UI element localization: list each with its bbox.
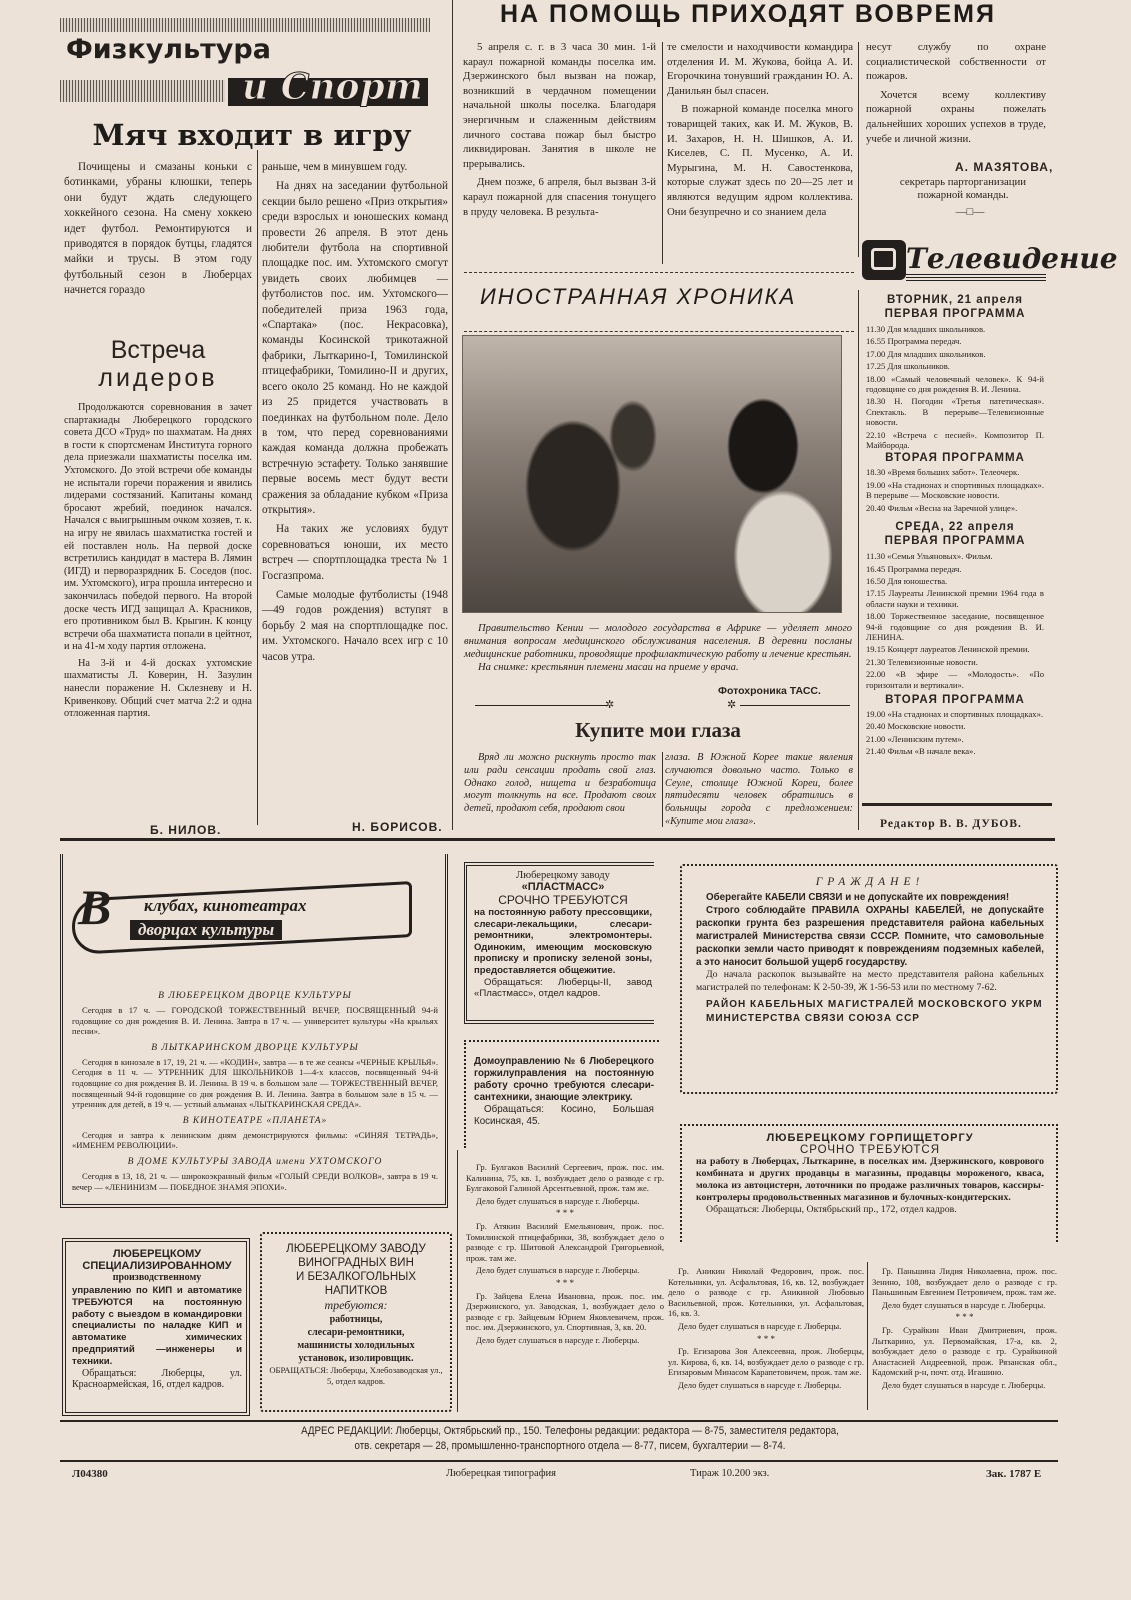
article-title-leaders: Встреча лидеров — [64, 336, 252, 392]
eyes-article-title: Купите мои глаза — [464, 718, 852, 743]
author-nilov: Б. НИЛОВ. — [150, 823, 221, 837]
paragraph: Почищены и смазаны коньки с ботинками, у… — [64, 160, 252, 299]
venue-text: Сегодня в кинозале в 17, 19, 21 ч. — «КО… — [72, 1057, 438, 1110]
notice-court: Дело будет слушаться в нарсуде г. Люберц… — [872, 1300, 1057, 1311]
ad-line: НАПИТКОВ — [268, 1284, 444, 1298]
ad-contact: Обращаться: Люберцы, Октябрьский пр., 17… — [696, 1204, 1044, 1216]
tv-program-heading: ВТОРАЯ ПРОГРАММА — [866, 694, 1044, 706]
sport-header-script: и Спорт — [242, 66, 423, 108]
clubs-header: В клубах, кинотеатрах дворцах культуры — [72, 870, 412, 960]
ad-job: слесари-ремонтники, — [268, 1326, 444, 1339]
tv-item: 19.15 Концерт лауреатов Ленинской премии… — [866, 644, 1044, 654]
tv-item: 18.30 «Время больших забот». Телеочерк. — [866, 467, 1044, 477]
tv-item: 18.00 Торжественное заседание, посвященн… — [866, 611, 1044, 642]
tv-item: 21.00 «Ленинским путем». — [866, 734, 1044, 744]
ad-title: ГРАЖДАНЕ! — [696, 876, 1044, 888]
ad-paragraph: Оберегайте КАБЕЛИ СВЯЗИ и не допускайте … — [696, 891, 1044, 904]
eyes-col1: Вряд ли можно рискнуть просто так или ра… — [464, 752, 656, 820]
author-borisov: Н. БОРИСОВ. — [352, 820, 443, 834]
paragraph: глаза. В Южной Корее такие явления случа… — [665, 752, 853, 829]
title-line: Встреча — [64, 336, 252, 364]
notice-court: Дело будет слушаться в нарсуде г. Люберц… — [668, 1321, 864, 1332]
divorce-notices-col2: Гр. Аникин Николай Федорович, прож. пос.… — [668, 1266, 864, 1393]
ad-contact: ОБРАЩАТЬСЯ: Люберцы, Хлебозаводская ул.,… — [268, 1365, 444, 1387]
notice-text: Гр. Булгаков Василий Сергеевич, прож. по… — [466, 1162, 664, 1194]
tv-bottom-rule — [862, 803, 1052, 806]
ornament-rule — [475, 705, 607, 706]
column-divider — [452, 0, 453, 830]
circulation: Тираж 10.200 экз. — [690, 1468, 769, 1479]
tv-item: 18.30 Н. Погодин «Третья патетическая». … — [866, 396, 1044, 427]
cables-ad: ГРАЖДАНЕ! Оберегайте КАБЕЛИ СВЯЗИ и не д… — [696, 876, 1044, 1026]
venue-text: Сегодня в 13, 18, 21 ч. — широкоэкранный… — [72, 1171, 438, 1192]
tv-item: 16.45 Программа передач. — [866, 564, 1044, 574]
clubs-header-letter: В — [78, 878, 111, 936]
paragraph: Днем позже, 6 апреля, был вызван 3-й кар… — [463, 175, 656, 219]
tv-item: 17.00 Для младших школьников. — [866, 349, 1044, 359]
winery-ad: ЛЮБЕРЕЦКОМУ ЗАВОДУ ВИНОГРАДНЫХ ВИН И БЕЗ… — [268, 1242, 444, 1387]
notice-text: Гр. Сурайкин Иван Дмитриевич, прож. Лытк… — [872, 1325, 1057, 1378]
ornament-rule — [740, 705, 850, 706]
tv-header-lines — [906, 274, 1046, 282]
ad-subtitle: СРОЧНО ТРЕБУЮТСЯ — [696, 1144, 1044, 1156]
tv-item: 16.55 Программа передач. — [866, 336, 1044, 346]
fire-col3: несут службу по охране социалистической … — [866, 40, 1046, 150]
article-title-ball: Мяч входит в игру — [62, 118, 442, 152]
publication-code: Л04380 — [72, 1468, 108, 1480]
editor-credit: Редактор В. В. ДУБОВ. — [880, 818, 1022, 830]
clubs-header-line2: дворцах культуры — [130, 920, 282, 940]
tv-day-heading: ВТОРНИК, 21 апреля — [866, 294, 1044, 306]
ad-signature: РАЙОН КАБЕЛЬНЫХ МАГИСТРАЛЕЙ МОСКОВСКОГО … — [696, 998, 1044, 1026]
venue-title: В ЛЫТКАРИНСКОМ ДВОРЦЕ КУЛЬТУРЫ — [72, 1043, 438, 1053]
printer-name: Люберецкая типография — [446, 1468, 556, 1479]
tv-schedule: ВТОРНИК, 21 апреля ПЕРВАЯ ПРОГРАММА 11.3… — [866, 294, 1044, 759]
section-divider — [60, 838, 1055, 841]
kip-ad: ЛЮБЕРЕЦКОМУ СПЕЦИАЛИЗИРОВАННОМУ производ… — [72, 1248, 242, 1391]
order-number: Зак. 1787 Е — [986, 1468, 1041, 1480]
notice-court: Дело будет слушаться в нарсуде г. Люберц… — [466, 1335, 664, 1346]
caption-paragraph: На снимке: крестьянин племени масаи на п… — [464, 661, 852, 674]
article-leaders-body: Продолжаются соревнования в зачет спарта… — [64, 402, 252, 725]
fire-col1: 5 апреля с. г. в 3 часа 30 мин. 1-й кара… — [463, 40, 656, 223]
sport-section-header: Физкультура и Спорт — [60, 18, 430, 98]
ad-job: работницы, — [268, 1313, 444, 1326]
footer-rule-bottom — [60, 1460, 1058, 1462]
ad-line: СПЕЦИАЛИЗИРОВАННОМУ — [72, 1260, 242, 1272]
tv-day-heading: СРЕДА, 22 апреля — [866, 521, 1044, 533]
star-ornament-icon: ✲ — [727, 698, 736, 711]
column-divider — [662, 752, 663, 827]
ad-line: ЛЮБЕРЕЦКОМУ — [72, 1248, 242, 1260]
clubs-header-line1: клубах, кинотеатрах — [144, 896, 307, 916]
ad-body: на постоянную работу прессовщики, слесар… — [474, 907, 652, 977]
venue-title: В КИНОТЕАТРЕ «ПЛАНЕТА» — [72, 1116, 438, 1126]
tv-item: 22.10 «Встреча с песней». Композитор П. … — [866, 430, 1044, 451]
tv-set-icon — [862, 240, 906, 280]
housing-ad: Домоуправлению № 6 Люберецкого горжилупр… — [474, 1056, 654, 1128]
tv-program-heading: ВТОРАЯ ПРОГРАММА — [866, 452, 1044, 464]
end-mark: —□— — [940, 206, 1000, 218]
fire-article-title: НА ПОМОЩЬ ПРИХОДЯТ ВОВРЕМЯ — [500, 0, 996, 29]
paragraph: Самые молодые футболисты (1948—49 годов … — [262, 588, 448, 665]
ad-body: на работу в Люберцах, Лыткарине, в посел… — [696, 1156, 1044, 1204]
address-line: отв. секретаря — 28, промышленно-транспо… — [193, 1439, 947, 1454]
column-divider — [257, 150, 258, 825]
gorpishchetorg-ad: ЛЮБЕРЕЦКОМУ ГОРПИЩЕТОРГУ СРОЧНО ТРЕБУЮТС… — [696, 1132, 1044, 1216]
header-band-top — [60, 18, 430, 32]
fire-col2: те смелости и находчивости командира отд… — [667, 40, 853, 223]
ad-body: Домоуправлению № 6 Люберецкого горжилупр… — [474, 1056, 654, 1104]
author-mazyatova: А. МАЗЯТОВА, — [955, 160, 1053, 174]
ad-line: Люберецкому заводу — [474, 870, 652, 881]
caption-paragraph: Правительство Кении — молодого государст… — [464, 622, 852, 661]
photo-kenya-doctor — [462, 335, 842, 613]
ad-paragraph: До начала раскопок вызывайте на место пр… — [696, 969, 1044, 994]
notice-court: Дело будет слушаться в нарсуде г. Люберц… — [668, 1380, 864, 1391]
sport-header-word: Физкультура — [66, 34, 271, 65]
photo-credit: Фотохроника ТАСС. — [718, 685, 821, 697]
tv-item: 17.25 Для школьников. — [866, 361, 1044, 371]
venue-title: В ЛЮБЕРЕЦКОМ ДВОРЦЕ КУЛЬТУРЫ — [72, 991, 438, 1001]
paragraph: На таких же условиях будут соревноваться… — [262, 522, 448, 584]
eyes-col2: глаза. В Южной Корее такие явления случа… — [665, 752, 853, 833]
paragraph: несут службу по охране социалистической … — [866, 40, 1046, 84]
header-band-bottom — [60, 80, 225, 102]
paragraph: На 3-й и 4-й досках ухтомские шахматисты… — [64, 658, 252, 721]
star-ornament-icon: ✲ — [605, 698, 614, 711]
ad-contact: Обращаться: Люберцы, ул. Красноармейская… — [72, 1368, 242, 1392]
plastmass-ad: Люберецкому заводу «ПЛАСТМАСС» СРОЧНО ТР… — [474, 870, 652, 1000]
tv-item: 11.30 Для младших школьников. — [866, 324, 1044, 334]
tv-item: 16.50 Для юношества. — [866, 576, 1044, 586]
clubs-listings: В ЛЮБЕРЕЦКОМ ДВОРЦЕ КУЛЬТУРЫ Сегодня в 1… — [72, 985, 438, 1192]
divorce-notices-col3: Гр. Паньшина Лидия Николаевна, прож. пос… — [872, 1266, 1057, 1393]
author-role: секретарь парторганизации пожарной коман… — [888, 176, 1038, 202]
venue-text: Сегодня в 17 ч. — ГОРОДСКОЙ ТОРЖЕСТВЕННЫ… — [72, 1005, 438, 1037]
notice-court: Дело будет слушаться в нарсуде г. Люберц… — [466, 1265, 664, 1276]
photo-caption: Правительство Кении — молодого государст… — [464, 622, 852, 674]
notice-court: Дело будет слушаться в нарсуде г. Люберц… — [466, 1196, 664, 1207]
ad-job: установок, изолировщик. — [268, 1352, 444, 1365]
paragraph: В пожарной команде поселка много товарищ… — [667, 102, 853, 219]
tv-item: 17.15 Лауреаты Ленинской премии 1964 год… — [866, 588, 1044, 609]
tv-item: 18.00 «Самый человечный человек». К 94-й… — [866, 374, 1044, 395]
column-divider — [457, 1150, 458, 1412]
column-divider — [662, 42, 663, 264]
tv-item: 21.30 Телевизионные новости. — [866, 657, 1044, 667]
notice-separator: * * * — [872, 1312, 1057, 1323]
tv-item: 19.00 «На стадионах и спортивных площадк… — [866, 480, 1044, 501]
tv-program-heading: ПЕРВАЯ ПРОГРАММА — [866, 535, 1044, 547]
article-ball-col2: раньше, чем в минувшем году. На днях на … — [262, 160, 448, 669]
paragraph: 5 апреля с. г. в 3 часа 30 мин. 1-й кара… — [463, 40, 656, 171]
ad-paragraph: Строго соблюдайте ПРАВИЛА ОХРАНЫ КАБЕЛЕЙ… — [696, 904, 1044, 969]
notice-separator: * * * — [466, 1278, 664, 1289]
tv-item: 11.30 «Семья Ульяновых». Фильм. — [866, 551, 1044, 561]
paragraph: раньше, чем в минувшем году. — [262, 160, 448, 175]
tv-header-word: Телевидение — [906, 242, 1118, 275]
paragraph: Продолжаются соревнования в зачет спарта… — [64, 402, 252, 654]
ad-line: И БЕЗАЛКОГОЛЬНЫХ — [268, 1270, 444, 1284]
editorial-address: АДРЕС РЕДАКЦИИ: Люберцы, Октябрьский пр.… — [193, 1424, 947, 1454]
paragraph: На днях на заседании футбольной секции б… — [262, 179, 448, 518]
tv-item: 22.00 «В эфире — «Молодость». «По горизо… — [866, 669, 1044, 690]
notice-text: Гр. Аникин Николай Федорович, прож. пос.… — [668, 1266, 864, 1319]
footer-rule-top — [60, 1420, 1058, 1422]
title-line: лидеров — [64, 364, 252, 392]
column-divider — [858, 290, 859, 830]
ad-body: управлению по КИП и автоматике ТРЕБУЮТСЯ… — [72, 1285, 242, 1368]
tv-item: 20.40 Московские новости. — [866, 721, 1044, 731]
ad-title: ЛЮБЕРЕЦКОМУ ГОРПИЩЕТОРГУ — [696, 1132, 1044, 1144]
ad-line: «ПЛАСТМАСС» — [474, 881, 652, 893]
paragraph: Хочется всему коллективу пожарной охраны… — [866, 88, 1046, 146]
notice-text: Гр. Егизарова Зоя Алексеевна, прож. Любе… — [668, 1346, 864, 1378]
ad-job: машинисты холодильных — [268, 1339, 444, 1352]
ad-line: СРОЧНО ТРЕБУЮТСЯ — [474, 893, 652, 907]
ad-required: требуются: — [268, 1298, 444, 1313]
paragraph: те смелости и находчивости командира отд… — [667, 40, 853, 98]
notice-text: Гр. Паньшина Лидия Николаевна, прож. пос… — [872, 1266, 1057, 1298]
article-ball-col1: Почищены и смазаны коньки с ботинками, у… — [64, 160, 252, 303]
column-divider — [858, 42, 859, 257]
address-line: АДРЕС РЕДАКЦИИ: Люберцы, Октябрьский пр.… — [193, 1424, 947, 1439]
tv-item: 21.40 Фильм «В начале века». — [866, 746, 1044, 756]
tv-item: 19.00 «На стадионах и спортивных площадк… — [866, 709, 1044, 719]
venue-text: Сегодня и завтра к ленинским дням демонс… — [72, 1130, 438, 1151]
paragraph: Вряд ли можно рискнуть просто так или ра… — [464, 752, 656, 816]
chronicle-title: ИНОСТРАННАЯ ХРОНИКА — [480, 284, 796, 310]
divorce-notices-col1: Гр. Булгаков Василий Сергеевич, прож. по… — [466, 1162, 664, 1348]
notice-separator: * * * — [466, 1208, 664, 1219]
ad-line: ЛЮБЕРЕЦКОМУ ЗАВОДУ — [268, 1242, 444, 1256]
notice-separator: * * * — [668, 1334, 864, 1345]
tv-item: 20.40 Фильм «Весна на Заречной улице». — [866, 503, 1044, 513]
clubs-header-ribbon — [72, 881, 412, 955]
notice-text: Гр. Зайцева Елена Ивановна, прож. пос. и… — [466, 1291, 664, 1333]
ad-contact: Обращаться: Люберцы-II, завод «Пластмасс… — [474, 977, 652, 1000]
venue-title: В ДОМЕ КУЛЬТУРЫ ЗАВОДА имени УХТОМСКОГО — [72, 1157, 438, 1167]
notice-court: Дело будет слушаться в нарсуде г. Люберц… — [872, 1380, 1057, 1391]
tv-section-header: Телевидение — [862, 240, 1047, 285]
ad-line: производственному — [72, 1272, 242, 1283]
column-divider — [867, 1262, 868, 1410]
notice-text: Гр. Атякин Василий Емельянович, прож. по… — [466, 1221, 664, 1263]
ad-line: ВИНОГРАДНЫХ ВИН — [268, 1256, 444, 1270]
tv-program-heading: ПЕРВАЯ ПРОГРАММА — [866, 308, 1044, 320]
ad-contact: Обращаться: Косино, Большая Косинская, 4… — [474, 1104, 654, 1128]
